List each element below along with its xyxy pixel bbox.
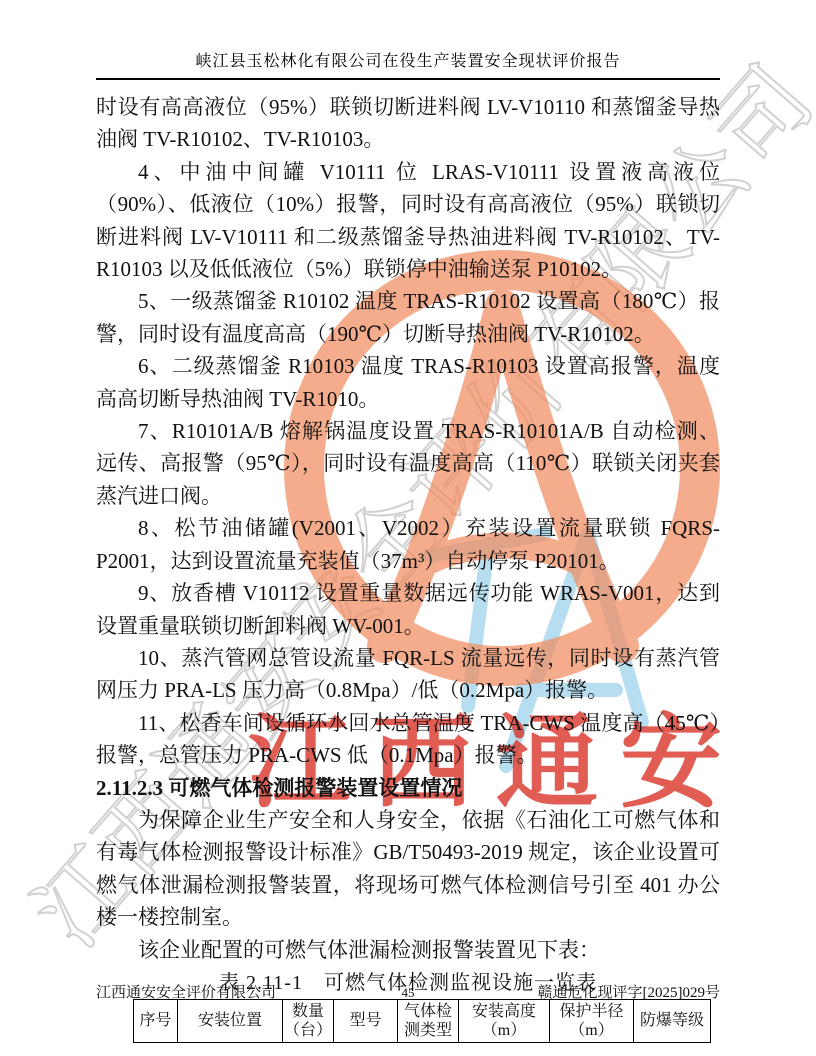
document-body: 时设有高高液位（95%）联锁切断进料阀 LV-V10110 和蒸馏釜导热油阀 T… <box>96 91 720 1043</box>
col-header-model: 型号 <box>334 999 398 1042</box>
page-footer: 江西通安安全评价有限公司 45 赣通危化现评字[2025]029号 <box>96 981 720 1002</box>
col-header-radius: 保护半径（m） <box>550 999 634 1042</box>
paragraph-item-6: 6、二级蒸馏釜 R10103 温度 TRAS-R10103 设置高报警，温度高高… <box>96 350 720 415</box>
col-header-ex-rating: 防爆等级 <box>634 999 711 1042</box>
col-header-gas-type: 气体检测类型 <box>398 999 459 1042</box>
footer-doc-number: 赣通危化现评字[2025]029号 <box>512 981 720 1002</box>
paragraph-item-11: 11、松香车间设循环水回水总管温度 TRA-CWS 温度高（45℃）报警，总管压… <box>96 707 720 772</box>
paragraph-item-7: 7、R10101A/B 熔解锅温度设置 TRAS-R10101A/B 自动检测、… <box>96 415 720 512</box>
col-header-mount-height: 安装高度（m） <box>459 999 550 1042</box>
footer-page-number: 45 <box>304 985 512 1001</box>
header-divider <box>96 78 720 80</box>
gas-detector-table: 序号 安装位置 数量（台） 型号 气体检测类型 安装高度（m） 保护半径（m） … <box>133 999 711 1043</box>
col-header-location: 安装位置 <box>178 999 283 1042</box>
section-paragraph-2: 该企业配置的可燃气体泄漏检测报警装置见下表： <box>96 934 720 966</box>
paragraph-item-9: 9、放香槽 V10112 设置重量数据远传功能 WRAS-V001，达到设置重量… <box>96 577 720 642</box>
document-page: 江西通安安全评价有限公司 江西通安 峡江县玉松林化有限公司在役生产装置安全现状评… <box>0 0 816 1056</box>
section-paragraph-1: 为保障企业生产安全和人身安全，依据《石油化工可燃气体和有毒气体检测报警设计标准》… <box>96 804 720 934</box>
paragraph-item-5: 5、一级蒸馏釜 R10102 温度 TRAS-R10102 设置高（180℃）报… <box>96 285 720 350</box>
col-header-index: 序号 <box>134 999 178 1042</box>
content-layer: 峡江县玉松林化有限公司在役生产装置安全现状评价报告 时设有高高液位（95%）联锁… <box>0 0 816 1056</box>
section-heading: 2.11.2.3 可燃气体检测报警装置设置情况 <box>96 772 720 804</box>
col-header-quantity: 数量（台） <box>283 999 334 1042</box>
paragraph-item-10: 10、蒸汽管网总管设流量 FQR-LS 流量远传，同时设有蒸汽管网压力 PRA-… <box>96 642 720 707</box>
table-header-row: 序号 安装位置 数量（台） 型号 气体检测类型 安装高度（m） 保护半径（m） … <box>134 999 711 1042</box>
paragraph-item-4: 4、中油中间罐 V10111 位 LRAS-V10111 设置液高液位（90%）… <box>96 156 720 286</box>
paragraph-item-8: 8、松节油储罐(V2001、V2002）充装设置流量联锁 FQRS-P2001，… <box>96 512 720 577</box>
paragraph-continuation: 时设有高高液位（95%）联锁切断进料阀 LV-V10110 和蒸馏釜导热油阀 T… <box>96 91 720 156</box>
page-header-title: 峡江县玉松林化有限公司在役生产装置安全现状评价报告 <box>96 48 720 71</box>
footer-company: 江西通安安全评价有限公司 <box>96 981 304 1002</box>
